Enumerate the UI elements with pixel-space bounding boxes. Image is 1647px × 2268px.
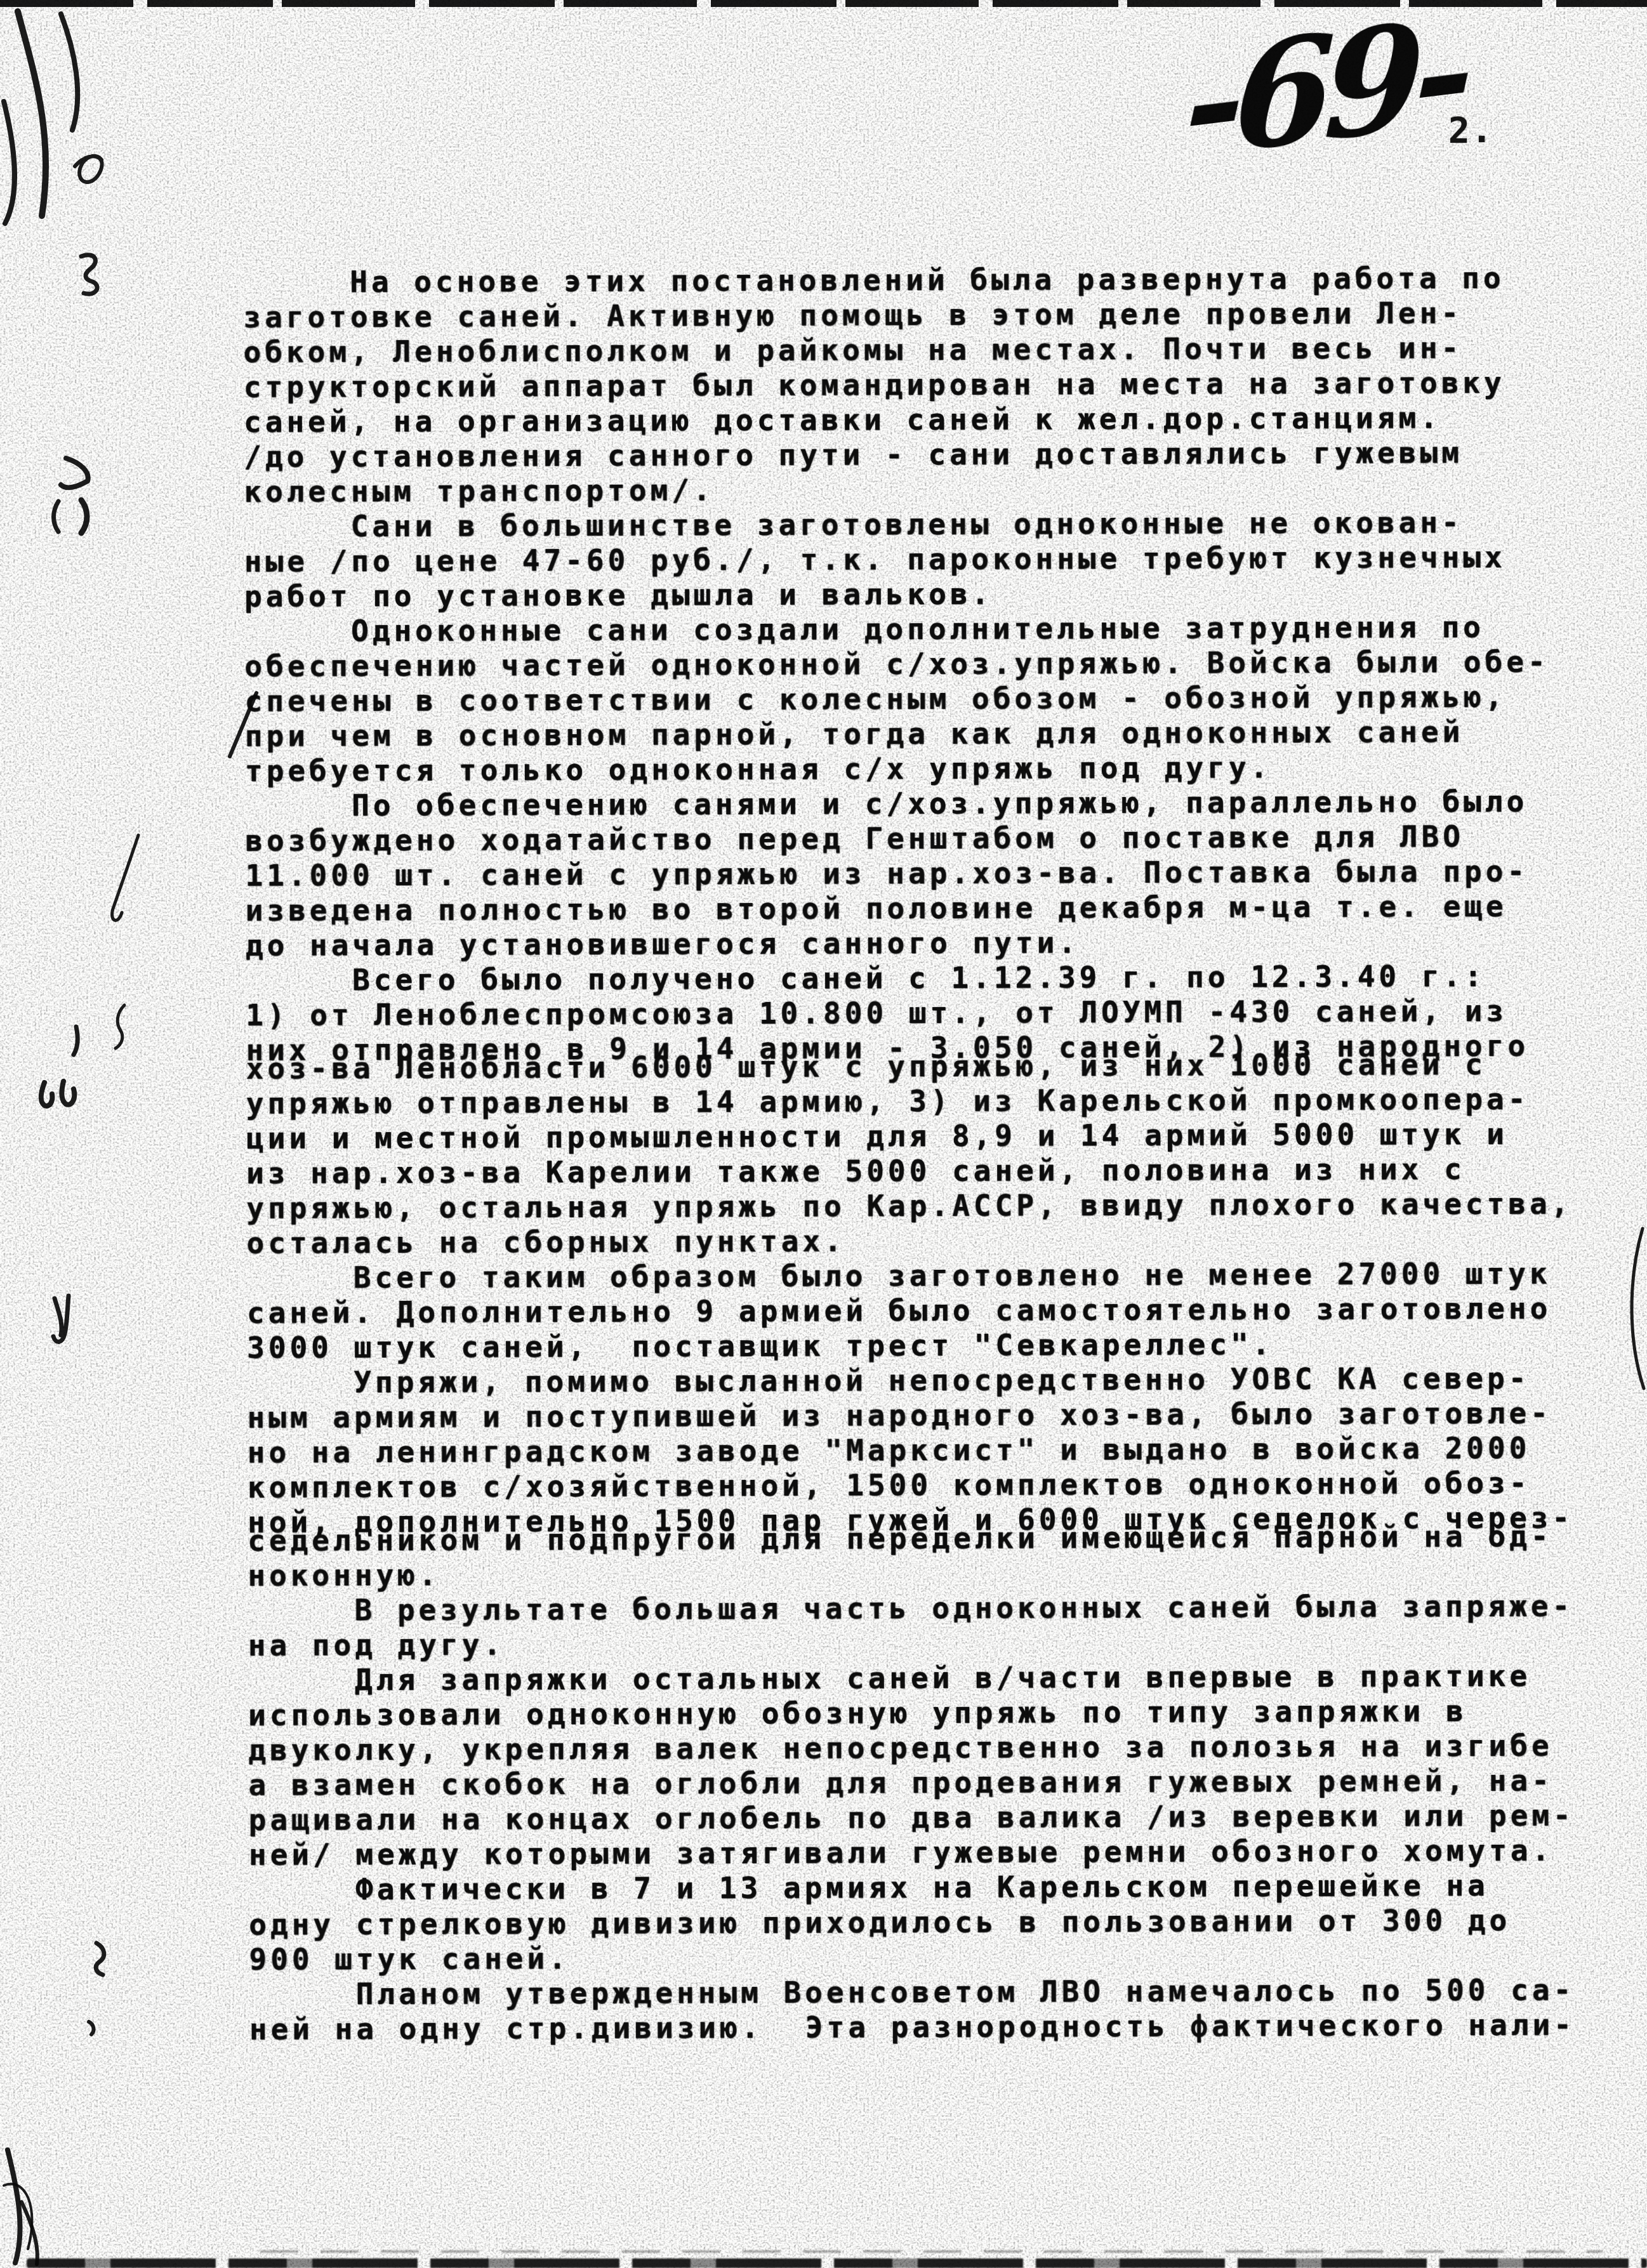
- document-line: комплектов с/хозяйственной, 1500 комплек…: [248, 1465, 1637, 1505]
- document-line: а взамен скобок на оглобли для продевани…: [248, 1763, 1638, 1803]
- pen-stroke: [18, 11, 46, 216]
- document-line: заготовке саней. Активную помощь в этом …: [243, 295, 1633, 335]
- margin-mark: [61, 458, 88, 487]
- margin-mark: [89, 2022, 93, 2034]
- margin-mark: [81, 255, 97, 294]
- document-line: требуется только одноконная с/х упряжь п…: [245, 749, 1635, 789]
- margin-mark: [53, 1296, 69, 1342]
- document-line: седельником и подпругой для переделки им…: [248, 1519, 1637, 1559]
- document-line: упряжью, остальная упряжь по Кар.АССР, в…: [246, 1186, 1636, 1226]
- document-line: ней на одну стр.дивизию. Эта разнороднос…: [249, 2007, 1639, 2047]
- document-line: Сани в большинстве заготовлены одноконны…: [244, 504, 1634, 544]
- margin-mark: [41, 1081, 75, 1106]
- document-line: саней. Дополнительно 9 армией было самос…: [247, 1291, 1637, 1331]
- scanned-document-page: -69- 2. На основе этих постановлений был…: [0, 0, 1647, 2268]
- pen-stroke: [4, 102, 15, 223]
- text-block: На основе этих постановлений была развер…: [243, 260, 1639, 2047]
- document-line: одну стрелковую дивизию приходилось в по…: [249, 1902, 1639, 1942]
- document-line: упряжью отправлены в 14 армию, 3) из Кар…: [246, 1081, 1636, 1121]
- document-line: /до установления санного пути - сани дос…: [244, 435, 1634, 475]
- document-line: ным армиям и поступившей из народного хо…: [247, 1395, 1637, 1435]
- margin-mark: [54, 501, 59, 532]
- document-line: Планом утвержденным Военсоветом ЛВО наме…: [249, 1972, 1639, 2012]
- document-line: при чем в основном парной, тогда как для…: [245, 714, 1635, 754]
- document-line: хоз-ва Ленобласти 6000 штук с упряжью, и…: [246, 1046, 1636, 1086]
- document-line: Фактически в 7 и 13 армиях на Карельском…: [249, 1868, 1639, 1908]
- document-line: Для запряжки остальных саней в/части впе…: [248, 1658, 1638, 1698]
- document-line: обком, Леноблисполком и райкомы на места…: [243, 330, 1633, 370]
- pen-scribble: [75, 156, 102, 182]
- document-line: Всего было получено саней с 1.12.39 г. п…: [246, 958, 1636, 998]
- document-line: Одноконные сани создали дополнительные з…: [244, 609, 1634, 649]
- pen-stroke: [116, 1005, 124, 1048]
- document-line: На основе этих постановлений была развер…: [243, 260, 1633, 300]
- pen-stroke: [112, 835, 138, 920]
- document-line: Всего таким образом было заготовлено не …: [247, 1256, 1637, 1296]
- handwritten-page-number: -69-: [1182, 0, 1540, 178]
- document-line: ные /по цене 47-60 руб./, т.к. пароконны…: [244, 539, 1634, 579]
- document-line: двуколку, укрепляя валек непосредственно…: [248, 1728, 1638, 1768]
- document-line: 1) от Леноблеспромсоюза 10.800 шт., от Л…: [246, 993, 1636, 1033]
- document-line: ноконную.: [248, 1553, 1637, 1593]
- typed-page-number: 2.: [1448, 113, 1493, 148]
- document-line: на под дугу.: [248, 1623, 1638, 1663]
- document-line: колесным транспортом/.: [244, 470, 1634, 510]
- document-line: структорский аппарат был командирован на…: [244, 365, 1634, 405]
- document-line: спечены в соответствии с колесным обозом…: [244, 679, 1634, 719]
- document-line: изведена полностью во второй половине де…: [246, 888, 1636, 928]
- document-line: В результате большая часть одноконных са…: [248, 1588, 1637, 1628]
- document-line: ции и местной промышленности для 8,9 и 1…: [246, 1116, 1636, 1156]
- margin-mark: [96, 1943, 104, 1975]
- document-line: 900 штук саней.: [249, 1937, 1639, 1977]
- pen-stroke: [22, 2202, 37, 2264]
- document-line: ращивали на концах оглобель по два валик…: [249, 1798, 1639, 1838]
- pen-stroke: [61, 14, 77, 130]
- margin-mark: [74, 1027, 77, 1055]
- document-line: до начала установившегося санного пути.: [246, 923, 1636, 963]
- document-line: осталась на сборных пунктах.: [246, 1221, 1636, 1261]
- pen-stroke: [8, 2150, 20, 2263]
- pen-stroke: [4, 2184, 32, 2249]
- document-line: обеспечению частей одноконной с/хоз.упря…: [244, 644, 1634, 684]
- document-line: Упряжи, помимо высланной непосредственно…: [247, 1361, 1637, 1401]
- document-line: но на ленинградском заводе "Марксист" и …: [248, 1430, 1637, 1470]
- document-line: ней/ между которыми затягивали гужевые р…: [249, 1833, 1639, 1873]
- document-line: По обеспечению санями и с/хоз.упряжью, п…: [245, 784, 1635, 824]
- document-line: саней, на организацию доставки саней к ж…: [244, 400, 1634, 440]
- document-line: возбуждено ходатайство перед Генштабом о…: [245, 819, 1635, 859]
- scan-bottom-edge-smudge: [27, 2258, 1647, 2268]
- document-line: из нар.хоз-ва Карелии также 5000 саней, …: [246, 1151, 1636, 1191]
- scan-bottom-smudge: [260, 2250, 1603, 2253]
- document-line: 11.000 шт. саней с упряжью из нар.хоз-ва…: [245, 854, 1635, 893]
- document-line: использовали одноконную обозную упряжь п…: [248, 1693, 1638, 1733]
- document-line: 3000 штук саней, поставщик трест "Севкар…: [247, 1326, 1637, 1366]
- margin-mark: [81, 500, 87, 533]
- document-line: работ по установке дышла и вальков.: [244, 574, 1634, 614]
